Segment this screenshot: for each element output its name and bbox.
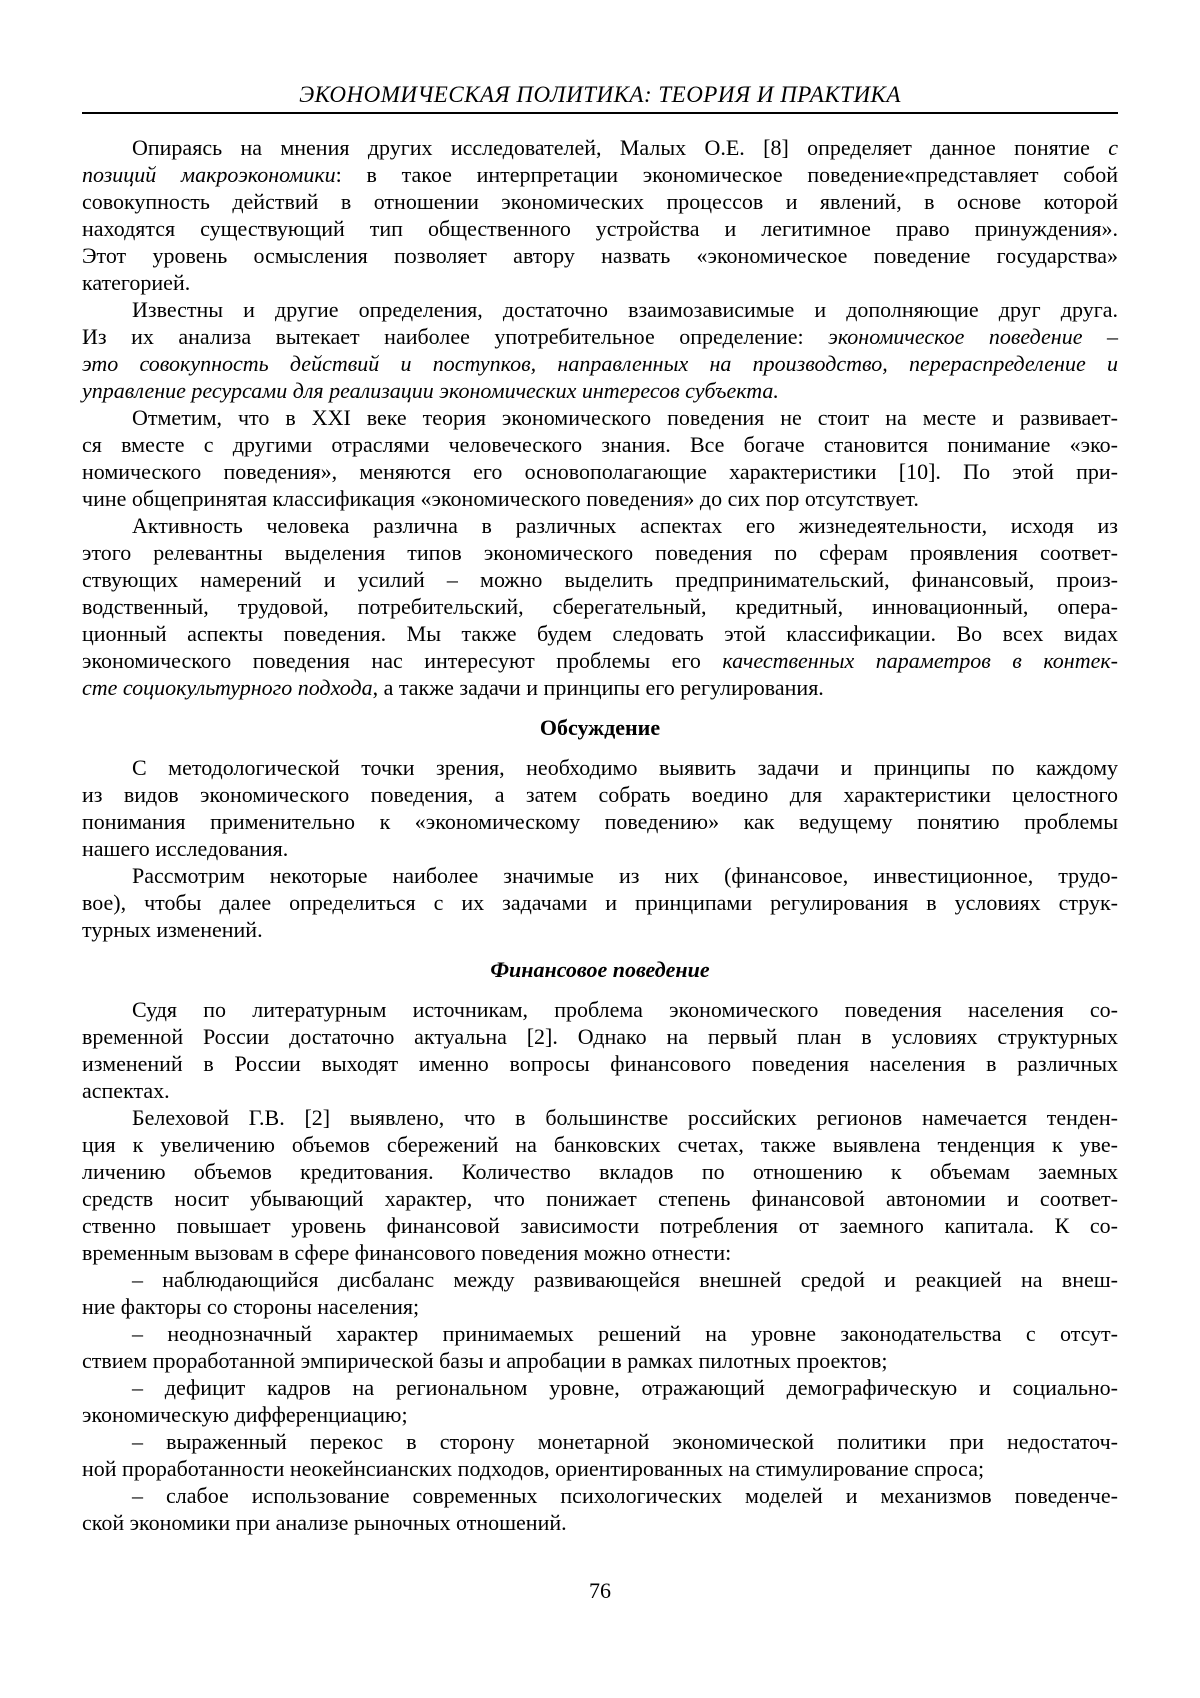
paragraph: Отметим, что в XXI веке теория экономиче… <box>82 404 1118 512</box>
paragraph: Рассмотрим некоторые наиболее значимые и… <box>82 862 1118 943</box>
text-line: – выраженный перекос в сторону монетарно… <box>82 1428 1118 1455</box>
italic-text-run: с <box>1108 135 1118 160</box>
text-run: находятся существующий тип общественного… <box>82 216 1118 241</box>
text-run: – неоднозначный характер принимаемых реш… <box>132 1321 1118 1346</box>
text-line: понимания применительно к «экономическом… <box>82 808 1118 835</box>
paragraph: – дефицит кадров на региональном уровне,… <box>82 1374 1118 1428</box>
text-run: экономического поведения нас интересуют … <box>82 648 722 673</box>
italic-text-run: качественных параметров в контек- <box>722 648 1118 673</box>
text-line: средств носит убывающий характер, что по… <box>82 1185 1118 1212</box>
italic-text-run: сте социокультурного подхода <box>82 675 373 700</box>
paragraph: Известны и другие определения, достаточн… <box>82 296 1118 404</box>
text-line: личению объемов кредитования. Количество… <box>82 1158 1118 1185</box>
italic-text-run: управление ресурсами для реализации экон… <box>82 378 779 403</box>
text-line: сте социокультурного подхода, а также за… <box>82 674 1118 701</box>
text-run: временной России достаточно актуальна [2… <box>82 1024 1118 1049</box>
text-run: Этот уровень осмысления позволяет автору… <box>82 243 1118 268</box>
paragraph: – выраженный перекос в сторону монетарно… <box>82 1428 1118 1482</box>
text-line: – наблюдающийся дисбаланс между развиваю… <box>82 1266 1118 1293</box>
section-heading: Финансовое поведение <box>82 956 1118 983</box>
text-line: Отметим, что в XXI веке теория экономиче… <box>82 404 1118 431</box>
text-line: ственно повышает уровень финансовой зави… <box>82 1212 1118 1239</box>
text-line: нашего исследования. <box>82 835 1118 862</box>
text-run: совокупность действий в отношении эконом… <box>82 189 1118 214</box>
text-run: из видов экономического поведения, а зат… <box>82 782 1118 807</box>
text-run: ской экономики при анализе рыночных отно… <box>82 1510 567 1535</box>
section-heading: Обсуждение <box>82 714 1118 741</box>
text-line: временной России достаточно актуальна [2… <box>82 1023 1118 1050</box>
text-line: аспектах. <box>82 1077 1118 1104</box>
text-line: категорией. <box>82 269 1118 296</box>
text-run: Судя по литературным источникам, проблем… <box>132 997 1118 1022</box>
text-line: это совокупность действий и поступков, н… <box>82 350 1118 377</box>
text-line: – слабое использование современных психо… <box>82 1482 1118 1509</box>
text-line: ние факторы со стороны населения; <box>82 1293 1118 1320</box>
text-run: чине общепринятая классификация «экономи… <box>82 486 919 511</box>
text-run: категорией. <box>82 270 190 295</box>
text-run: временным вызовам в сфере финансового по… <box>82 1240 731 1265</box>
text-line: временным вызовам в сфере финансового по… <box>82 1239 1118 1266</box>
header-rule <box>82 112 1118 114</box>
text-run: ной проработанности неокейнсианских подх… <box>82 1456 984 1481</box>
text-run: аспектах. <box>82 1078 170 1103</box>
paragraph: – слабое использование современных психо… <box>82 1482 1118 1536</box>
text-run: нашего исследования. <box>82 836 288 861</box>
document-page: ЭКОНОМИЧЕСКАЯ ПОЛИТИКА: ТЕОРИЯ И ПРАКТИК… <box>0 0 1200 1698</box>
running-header-title: ЭКОНОМИЧЕСКАЯ ПОЛИТИКА: ТЕОРИЯ И ПРАКТИК… <box>82 82 1118 108</box>
paragraph: Опираясь на мнения других исследователей… <box>82 134 1118 296</box>
text-run: Рассмотрим некоторые наиболее значимые и… <box>132 863 1118 888</box>
text-run: ствующих намерений и усилий – можно выде… <box>82 567 1118 592</box>
page-number: 76 <box>0 1578 1200 1604</box>
text-line: позиций макроэкономики: в такое интерпре… <box>82 161 1118 188</box>
text-run: Опираясь на мнения других исследователей… <box>132 135 1108 160</box>
text-line: турных изменений. <box>82 916 1118 943</box>
text-run: вое), чтобы далее определиться с их зада… <box>82 890 1118 915</box>
text-line: из видов экономического поведения, а зат… <box>82 781 1118 808</box>
text-run: Белеховой Г.В. [2] выявлено, что в больш… <box>132 1105 1118 1130</box>
text-line: номического поведения», меняются его осн… <box>82 458 1118 485</box>
text-run: ция к увеличению объемов сбережений на б… <box>82 1132 1118 1157</box>
text-line: ской экономики при анализе рыночных отно… <box>82 1509 1118 1536</box>
text-run: – дефицит кадров на региональном уровне,… <box>132 1375 1118 1400</box>
content: Опираясь на мнения других исследователей… <box>82 134 1118 1536</box>
text-line: – неоднозначный характер принимаемых реш… <box>82 1320 1118 1347</box>
italic-text-run: это совокупность действий и поступков, н… <box>82 351 1118 376</box>
paragraph: – неоднозначный характер принимаемых реш… <box>82 1320 1118 1374</box>
text-line: С методологической точки зрения, необход… <box>82 754 1118 781</box>
text-run: – слабое использование современных психо… <box>132 1483 1118 1508</box>
text-run: личению объемов кредитования. Количество… <box>82 1159 1118 1184</box>
text-run: ся вместе с другими отраслями человеческ… <box>82 432 1118 457</box>
text-line: водственный, трудовой, потребительский, … <box>82 593 1118 620</box>
text-run: понимания применительно к «экономическом… <box>82 809 1118 834</box>
text-line: ционный аспекты поведения. Мы также буде… <box>82 620 1118 647</box>
text-run: водственный, трудовой, потребительский, … <box>82 594 1118 619</box>
text-line: совокупность действий в отношении эконом… <box>82 188 1118 215</box>
text-line: Опираясь на мнения других исследователей… <box>82 134 1118 161</box>
text-line: ной проработанности неокейнсианских подх… <box>82 1455 1118 1482</box>
text-line: ция к увеличению объемов сбережений на б… <box>82 1131 1118 1158</box>
text-run: ционный аспекты поведения. Мы также буде… <box>82 621 1118 646</box>
text-run: средств носит убывающий характер, что по… <box>82 1186 1118 1211</box>
paragraph: Белеховой Г.В. [2] выявлено, что в больш… <box>82 1104 1118 1266</box>
text-run: Из их анализа вытекает наиболее употреби… <box>82 324 828 349</box>
text-line: Рассмотрим некоторые наиболее значимые и… <box>82 862 1118 889</box>
text-run: ственно повышает уровень финансовой зави… <box>82 1213 1118 1238</box>
text-line: управление ресурсами для реализации экон… <box>82 377 1118 404</box>
text-run: – наблюдающийся дисбаланс между развиваю… <box>132 1267 1118 1292</box>
text-line: Из их анализа вытекает наиболее употреби… <box>82 323 1118 350</box>
italic-text-run: позиций макроэкономики <box>82 162 336 187</box>
paragraph: Судя по литературным источникам, проблем… <box>82 996 1118 1104</box>
text-run: , а также задачи и принципы его регулиро… <box>373 675 824 700</box>
text-line: – дефицит кадров на региональном уровне,… <box>82 1374 1118 1401</box>
text-line: находятся существующий тип общественного… <box>82 215 1118 242</box>
text-line: Этот уровень осмысления позволяет автору… <box>82 242 1118 269</box>
text-line: ся вместе с другими отраслями человеческ… <box>82 431 1118 458</box>
text-run: этого релевантны выделения типов экономи… <box>82 540 1118 565</box>
text-run: турных изменений. <box>82 917 263 942</box>
text-line: Белеховой Г.В. [2] выявлено, что в больш… <box>82 1104 1118 1131</box>
text-line: экономическую дифференциацию; <box>82 1401 1118 1428</box>
text-run: Активность человека различна в различных… <box>132 513 1118 538</box>
italic-text-run: экономическое поведение – <box>828 324 1118 349</box>
text-line: вое), чтобы далее определиться с их зада… <box>82 889 1118 916</box>
text-line: ствующих намерений и усилий – можно выде… <box>82 566 1118 593</box>
text-run: ние факторы со стороны населения; <box>82 1294 419 1319</box>
text-run: ствием проработанной эмпирической базы и… <box>82 1348 887 1373</box>
text-line: изменений в России выходят именно вопрос… <box>82 1050 1118 1077</box>
text-line: Судя по литературным источникам, проблем… <box>82 996 1118 1023</box>
text-line: экономического поведения нас интересуют … <box>82 647 1118 674</box>
text-line: ствием проработанной эмпирической базы и… <box>82 1347 1118 1374</box>
text-run: С методологической точки зрения, необход… <box>132 755 1118 780</box>
text-run: – выраженный перекос в сторону монетарно… <box>132 1429 1118 1454</box>
paragraph: С методологической точки зрения, необход… <box>82 754 1118 862</box>
text-line: чине общепринятая классификация «экономи… <box>82 485 1118 512</box>
paragraph: Активность человека различна в различных… <box>82 512 1118 701</box>
text-run: экономическую дифференциацию; <box>82 1402 408 1427</box>
text-run: номического поведения», меняются его осн… <box>82 459 1118 484</box>
text-run: : в такое интерпретации экономическое по… <box>336 162 1118 187</box>
text-line: Активность человека различна в различных… <box>82 512 1118 539</box>
text-run: Отметим, что в XXI веке теория экономиче… <box>132 405 1118 430</box>
text-line: Известны и другие определения, достаточн… <box>82 296 1118 323</box>
text-run: изменений в России выходят именно вопрос… <box>82 1051 1118 1076</box>
paragraph: – наблюдающийся дисбаланс между развиваю… <box>82 1266 1118 1320</box>
text-line: этого релевантны выделения типов экономи… <box>82 539 1118 566</box>
text-run: Известны и другие определения, достаточн… <box>132 297 1118 322</box>
